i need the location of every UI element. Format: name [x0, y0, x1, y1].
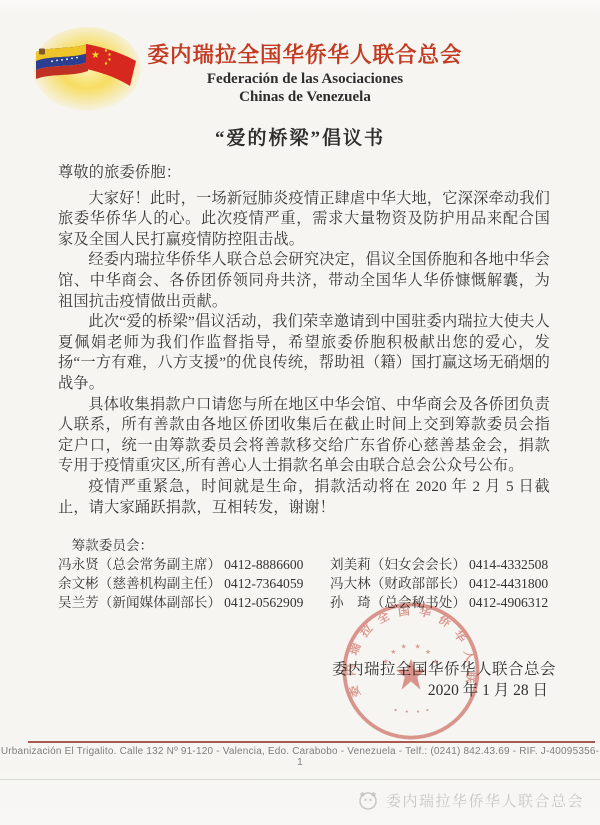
- svg-text:★: ★: [425, 648, 431, 656]
- member-phone: 0412-7364059: [224, 576, 303, 591]
- member-phone: 0414-4332508: [469, 557, 548, 572]
- letter-body: 尊敬的旅委侨胞： 大家好！此时，一场新冠肺炎疫情正肆虐中华大地，它深深牵动我们旅…: [58, 163, 550, 518]
- svg-text:▪: ▪: [394, 705, 397, 714]
- member-name: 孙 琦: [330, 595, 371, 610]
- committee-member: 刘美莉（妇女会会长）0414-4332508: [330, 556, 558, 575]
- watermark-text: 委内瑞拉华侨华人联合总会: [386, 790, 584, 811]
- document-title: “爱的桥梁”倡议书: [0, 123, 600, 150]
- org-name-spanish-line2: Chinas de Venezuela: [138, 89, 472, 107]
- footer-rule: [28, 741, 595, 743]
- org-name-chinese: 委内瑞拉全国华侨华人联合总会: [138, 38, 472, 69]
- footer-address: Urbanización El Trigalito. Calle 132 Nº …: [0, 746, 600, 768]
- member-role: （妇女会会长）: [371, 557, 466, 572]
- member-phone: 0412-4431800: [469, 576, 548, 591]
- member-phone: 0412-8886600: [224, 557, 303, 572]
- signature-block: 委内瑞拉全国华侨华人联合总会 2020 年 1 月 28 日: [332, 659, 556, 701]
- svg-text:★: ★: [401, 643, 407, 651]
- paragraph-2: 经委内瑞拉华侨华人联合总会研究决定，倡议全国侨胞和各地中华会馆、中华商会、各侨团…: [58, 250, 550, 312]
- watermark: 委内瑞拉华侨华人联合总会: [356, 788, 584, 812]
- watermark-logo-icon: [356, 788, 380, 812]
- letter-page: ★ 委内瑞拉全国华侨华人联合总会 Federación de las Asoci…: [0, 0, 600, 825]
- member-role: （财政部部长）: [371, 576, 466, 591]
- member-role: （慈善机构副主任）: [99, 576, 221, 591]
- flags-logo-icon: ★: [30, 24, 144, 114]
- svg-text:★: ★: [415, 643, 421, 651]
- paragraph-3: 此次“爱的桥梁”倡议活动，我们荣幸邀请到中国驻委内瑞拉大使夫人夏佩娟老师为我们作…: [58, 312, 550, 394]
- org-name-spanish-line1: Federación de las Asociaciones: [138, 71, 472, 89]
- salutation: 尊敬的旅委侨胞：: [58, 163, 550, 184]
- paragraph-5: 疫情严重紧急，时间就是生命，捐款活动将在 2020 年 2 月 5 日截止，请大…: [58, 477, 550, 518]
- member-name: 冯大林: [330, 576, 371, 591]
- svg-text:★: ★: [390, 648, 396, 656]
- member-role: （新闻媒体副部长）: [99, 595, 221, 610]
- committee-member: 冯永贤（总会常务副主席）0412-8886600: [58, 556, 330, 575]
- bottom-divider: [0, 779, 600, 780]
- committee-member: 吴兰芳（新闻媒体副部长）0412-0562909: [58, 594, 330, 613]
- svg-text:▪: ▪: [405, 707, 408, 716]
- svg-text:▪: ▪: [426, 705, 429, 714]
- committee-section: 筹款委员会： 冯永贤（总会常务副主席）0412-8886600 刘美莉（妇女会会…: [58, 536, 558, 612]
- committee-contact-list: 冯永贤（总会常务副主席）0412-8886600 刘美莉（妇女会会长）0414-…: [58, 556, 558, 612]
- member-role: （总会秘书处）: [371, 595, 466, 610]
- paragraph-1: 大家好！此时，一场新冠肺炎疫情正肆虐中华大地，它深深牵动我们旅委华侨华人的心。此…: [58, 189, 550, 251]
- member-phone: 0412-4906312: [469, 595, 548, 610]
- member-name: 刘美莉: [330, 557, 371, 572]
- signature-date: 2020 年 1 月 28 日: [332, 680, 556, 701]
- svg-text:▪: ▪: [417, 707, 420, 716]
- member-name: 吴兰芳: [58, 595, 99, 610]
- svg-text:★: ★: [91, 50, 100, 61]
- paragraph-4: 具体收集捐款户口请您与所在地区中华会馆、中华商会及各侨团负责人联系，所有善款由各…: [58, 395, 550, 477]
- committee-member: 余文彬（慈善机构副主任）0412-7364059: [58, 575, 330, 594]
- member-role: （总会常务副主席）: [99, 557, 221, 572]
- member-name: 冯永贤: [58, 557, 99, 572]
- committee-member: 孙 琦（总会秘书处）0412-4906312: [330, 594, 558, 613]
- committee-member: 冯大林（财政部部长）0412-4431800: [330, 575, 558, 594]
- committee-heading: 筹款委员会：: [58, 536, 558, 555]
- signature-org: 委内瑞拉全国华侨华人联合总会: [332, 659, 556, 680]
- member-name: 余文彬: [58, 576, 99, 591]
- member-phone: 0412-0562909: [224, 595, 303, 610]
